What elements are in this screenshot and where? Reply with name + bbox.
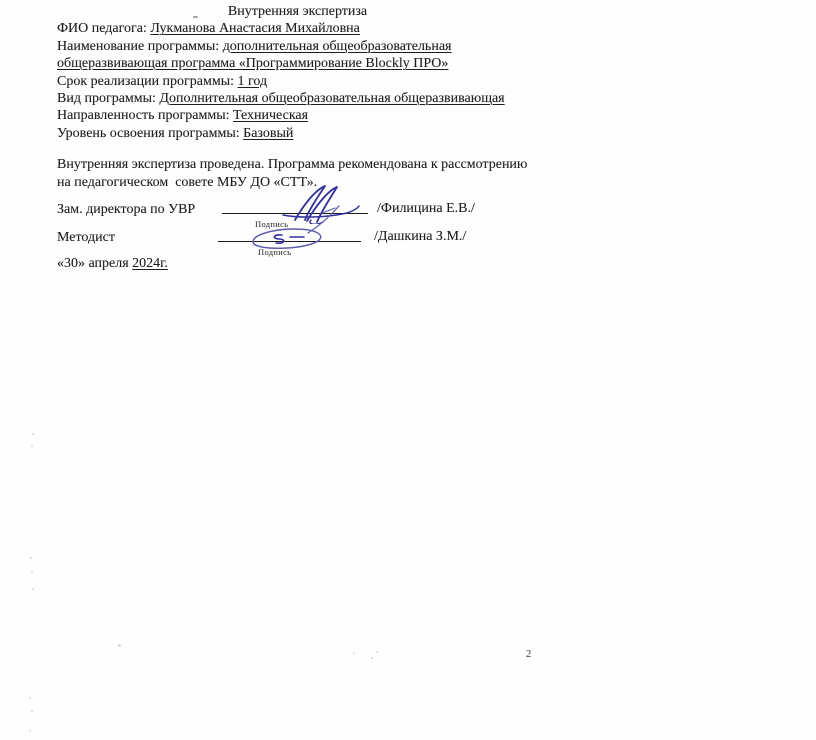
signature-line	[218, 241, 361, 242]
scan-speck	[371, 657, 373, 659]
field-program-name: Наименование программы: дополнительная о…	[57, 38, 538, 73]
scan-speck	[29, 697, 31, 699]
conclusion-paragraph: Внутренняя экспертиза проведена. Програм…	[57, 156, 538, 191]
scan-speck	[31, 571, 33, 573]
scan-speck	[353, 652, 355, 654]
scan-speck	[376, 651, 378, 653]
scanned-document-page: { "document": { "title": "Внутренняя экс…	[0, 0, 816, 740]
signature-line	[222, 213, 368, 214]
field-label: Срок реализации программы:	[57, 74, 238, 89]
scan-speck	[118, 644, 121, 647]
scan-speck	[32, 433, 34, 435]
scan-speck	[30, 557, 32, 559]
field-value: 1 год	[238, 74, 268, 89]
date-prefix: «30» апреля	[57, 256, 132, 271]
scan-speck	[31, 710, 33, 712]
signature-role: Методист	[57, 229, 115, 246]
signature-name: /Дашкина З.М./	[374, 228, 466, 245]
scan-speck	[31, 445, 33, 447]
date-value: 2024г.	[132, 256, 168, 271]
field-label: ФИО педагога:	[57, 21, 150, 36]
field-value: Техническая	[233, 108, 308, 123]
document-body: Внутренняя экспертиза ФИО педагога: Лукм…	[57, 3, 538, 272]
field-program-type: Вид программы: Дополнительная общеобразо…	[57, 90, 538, 107]
field-label: Уровень освоения программы:	[57, 126, 243, 141]
scan-speck	[32, 588, 34, 590]
scan-speck	[29, 730, 31, 732]
field-value: Дополнительная общеобразовательная общер…	[159, 91, 504, 106]
field-pedagog-name: ФИО педагога: Лукманова Анастасия Михайл…	[57, 20, 538, 37]
field-program-level: Уровень освоения программы: Базовый	[57, 125, 538, 142]
field-program-direction: Направленность программы: Техническая	[57, 107, 538, 124]
signature-role: Зам. директора по УВР	[57, 201, 195, 218]
field-value: Лукманова Анастасия Михайловна	[150, 21, 360, 36]
signature-name: /Филицина Е.В./	[377, 200, 475, 217]
signature-caption: Подпись	[258, 244, 291, 261]
signature-row-methodist: Методист Подпись /Дашкина З.М./	[57, 227, 538, 255]
field-program-duration: Срок реализации программы: 1 год	[57, 73, 538, 90]
field-label: Направленность программы:	[57, 108, 233, 123]
document-title: Внутренняя экспертиза	[57, 3, 538, 20]
signature-row-deputy-director: Зам. директора по УВР Подпись /Филицина …	[57, 199, 538, 227]
signature-block: Зам. директора по УВР Подпись /Филицина …	[57, 199, 538, 255]
field-label: Наименование программы:	[57, 39, 223, 54]
date-line: «30» апреля 2024г.	[57, 255, 538, 272]
page-number: 2	[526, 649, 531, 660]
field-label: Вид программы:	[57, 91, 159, 106]
scan-speck	[193, 16, 198, 18]
field-value: Базовый	[243, 126, 293, 141]
